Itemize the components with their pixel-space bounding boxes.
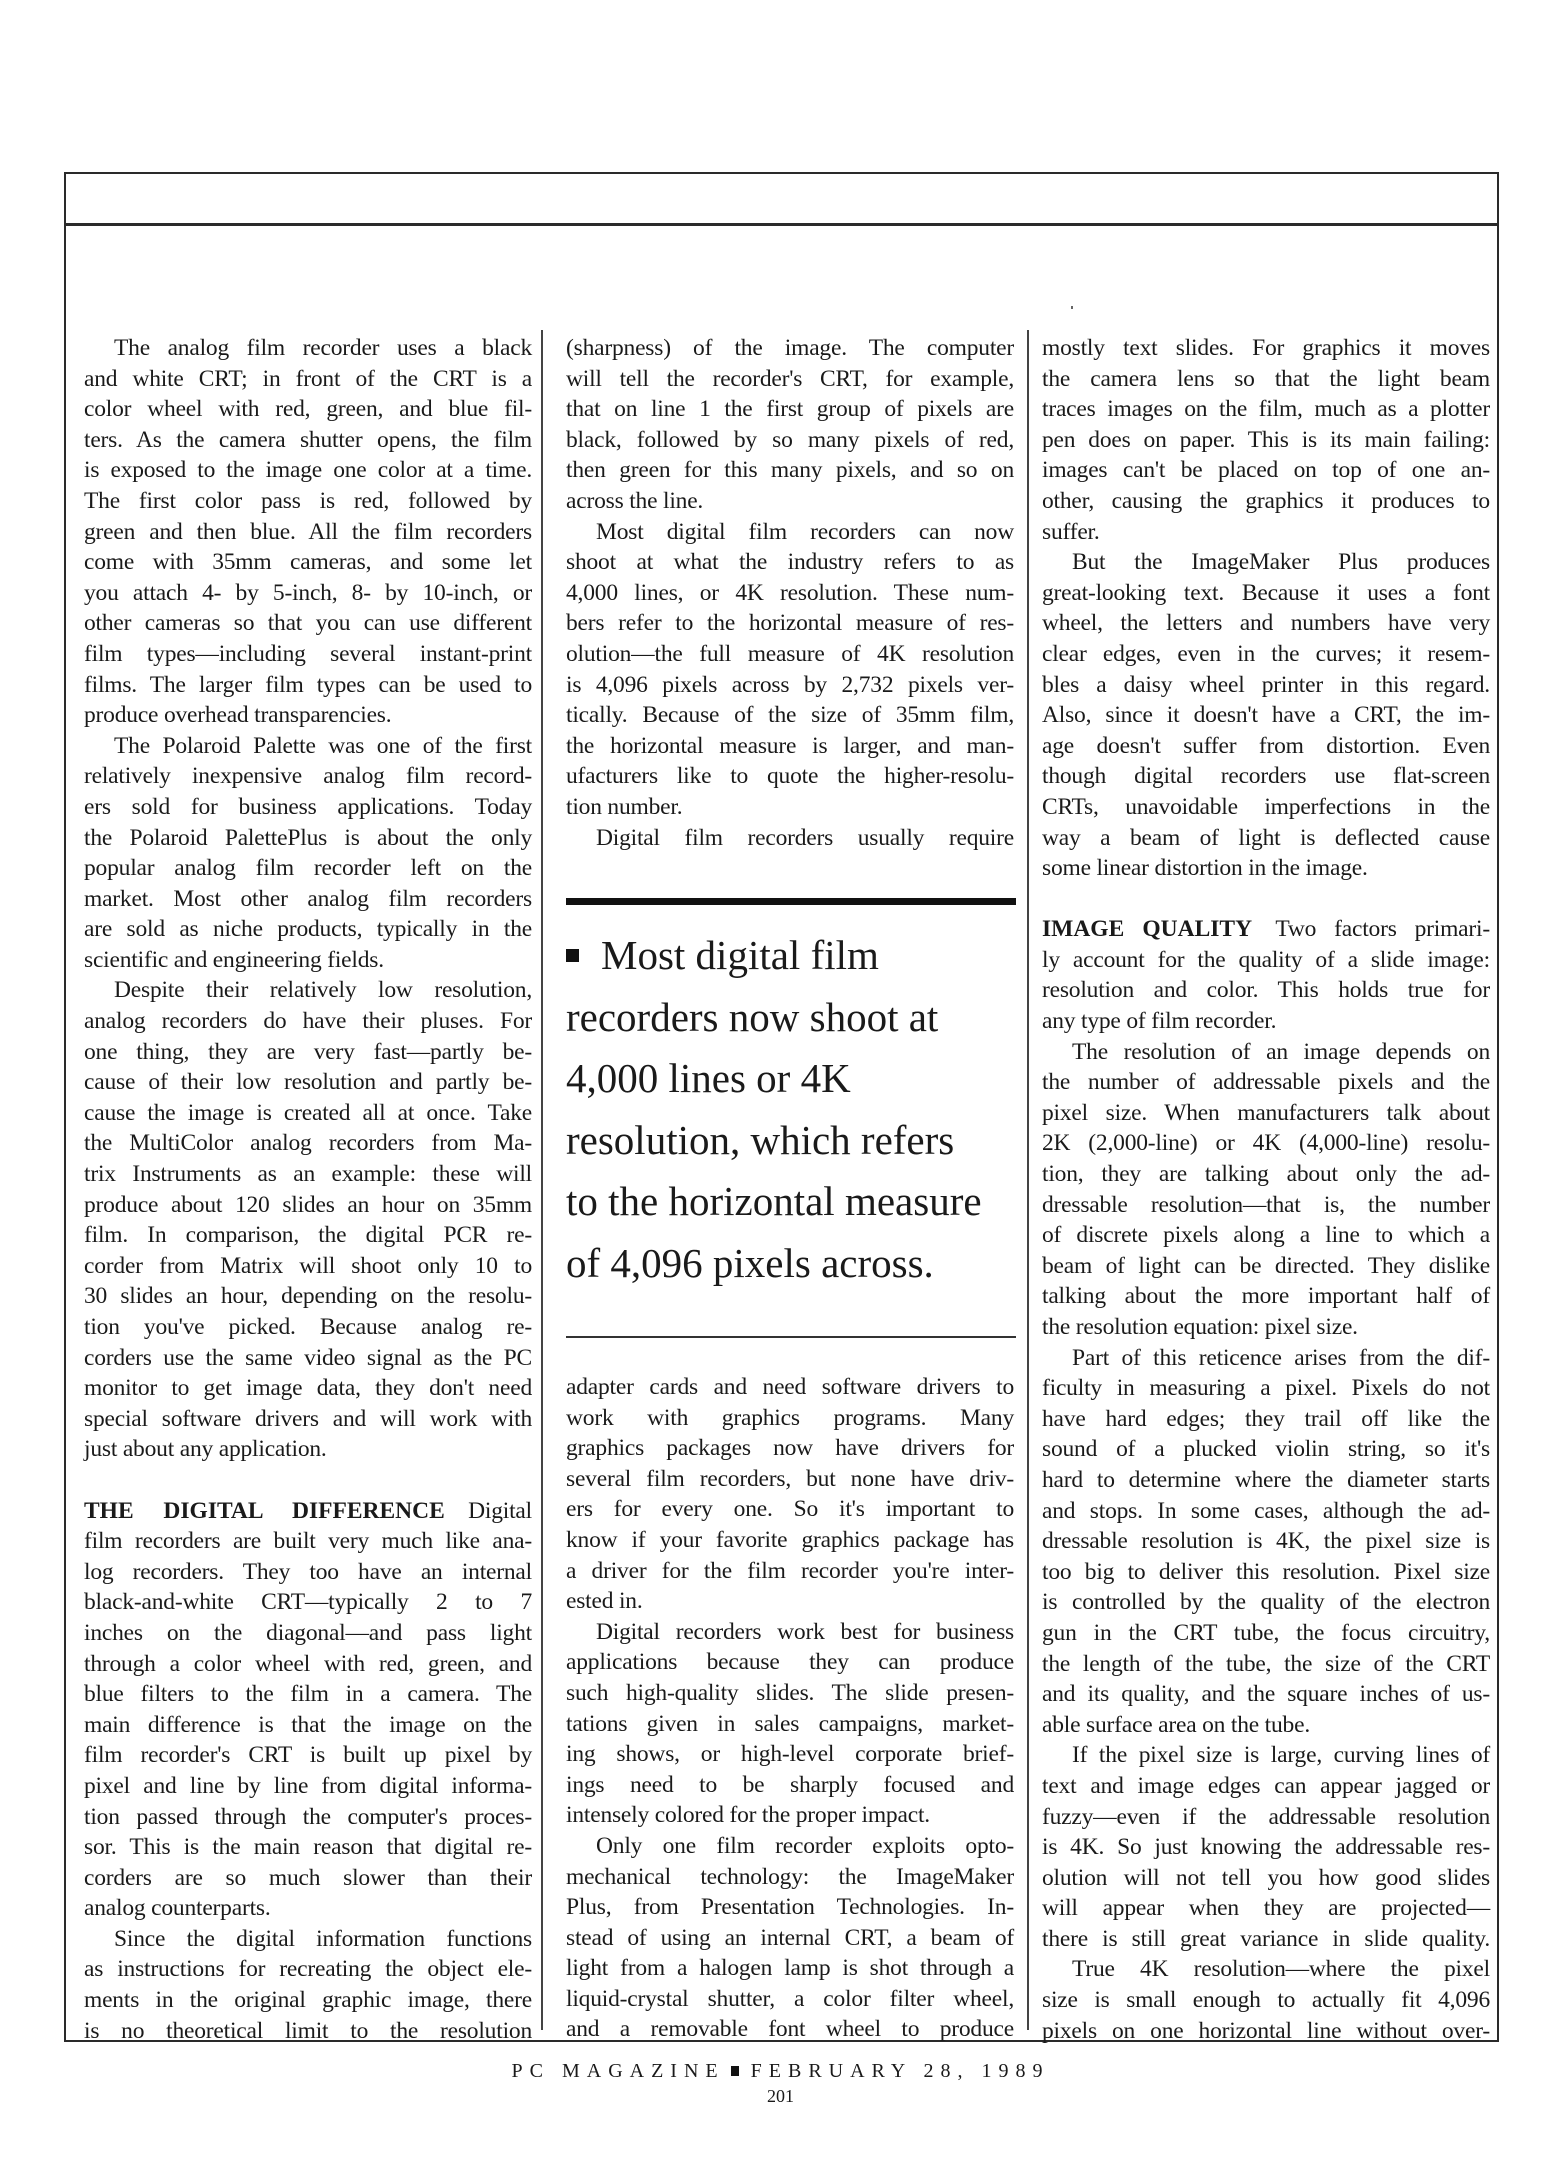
text-line: ufacturers like to quote the higher-reso… (566, 761, 1014, 792)
text-line: ficulty in measuring a pixel. Pixels do … (1042, 1373, 1490, 1404)
text-line: adapter cards and need software drivers … (566, 1372, 1014, 1403)
text-line: have hard edges; they trail off like the (1042, 1404, 1490, 1435)
text-line: is 4K. So just knowing the addressable r… (1042, 1832, 1490, 1863)
text-line: black-and-white CRT—typically 2 to 7 (84, 1587, 532, 1618)
text-line: know if your favorite graphics package h… (566, 1525, 1014, 1556)
text-line: of discrete pixels along a line to which… (1042, 1220, 1490, 1251)
text-line: black, followed by so many pixels of red… (566, 425, 1014, 456)
text-line: cause the image is created all at once. … (84, 1098, 532, 1129)
text-line: way a beam of light is deflected cause (1042, 823, 1490, 854)
text-line: (sharpness) of the image. The computer (566, 333, 1014, 364)
text-line: will appear when they are projected— (1042, 1893, 1490, 1924)
text-line: will tell the recorder's CRT, for exampl… (566, 364, 1014, 395)
text-line: light from a halogen lamp is shot throug… (566, 1953, 1014, 1984)
text-line: corders are so much slower than their (84, 1863, 532, 1894)
text-line: corders use the same video signal as the… (84, 1343, 532, 1374)
text-line: scientific and engineering fields. (84, 945, 532, 976)
text-line: intensely colored for the proper impact. (566, 1800, 1014, 1831)
text-line: resolution and color. This holds true fo… (1042, 975, 1490, 1006)
text-line: you attach 4- by 5-inch, 8- by 10-inch, … (84, 578, 532, 609)
section-heading: THE DIGITAL DIFFERENCE (84, 1498, 445, 1524)
text-line: too big to deliver this resolution. Pixe… (1042, 1557, 1490, 1588)
text-line: the number of addressable pixels and the (1042, 1067, 1490, 1098)
text-line: tion number. (566, 792, 1014, 823)
section-heading-line: IMAGE QUALITY Two factors primari- (1042, 914, 1490, 945)
text-line: The first color pass is red, followed by (84, 486, 532, 517)
text-line: analog counterparts. (84, 1893, 532, 1924)
text-line: produce overhead transparencies. (84, 700, 532, 731)
text-line: suffer. (1042, 517, 1490, 548)
text-line: cause of their low resolution and partly… (84, 1067, 532, 1098)
text-line: gun in the CRT tube, the focus circuitry… (1042, 1618, 1490, 1649)
text-line: and a removable font wheel to produce (566, 2014, 1014, 2045)
text-line: a driver for the film recorder you're in… (566, 1556, 1014, 1587)
text-line: special software drivers and will work w… (84, 1404, 532, 1435)
pull-quote-rule-bottom (566, 1336, 1016, 1338)
article-column-3: mostly text slides. For graphics it move… (1042, 333, 1490, 2046)
text-line: popular analog film recorder left on the (84, 853, 532, 884)
text-line: ers sold for business applications. Toda… (84, 792, 532, 823)
print-speck (1071, 306, 1073, 309)
text-line: stead of using an internal CRT, a beam o… (566, 1923, 1014, 1954)
text-line: images can't be placed on top of one an- (1042, 455, 1490, 486)
pull-quote: Most digital filmrecorders now shoot at4… (566, 925, 1016, 1294)
text-line: pixel and line by line from digital info… (84, 1771, 532, 1802)
text-line: Plus, from Presentation Technologies. In… (566, 1892, 1014, 1923)
text-run: Digital (468, 1498, 532, 1524)
text-line: the resolution equation: pixel size. (1042, 1312, 1490, 1343)
pull-quote-text: Most digital film (601, 932, 879, 978)
text-line: hard to determine where the diameter sta… (1042, 1465, 1490, 1496)
text-line: ters. As the camera shutter opens, the f… (84, 425, 532, 456)
text-line: Since the digital information functions (84, 1924, 532, 1955)
text-line: the Polaroid PalettePlus is about the on… (84, 823, 532, 854)
text-line: other cameras so that you can use differ… (84, 608, 532, 639)
text-line: and stops. In some cases, although the a… (1042, 1496, 1490, 1527)
text-line: dressable resolution is 4K, the pixel si… (1042, 1526, 1490, 1557)
text-line: mostly text slides. For graphics it move… (1042, 333, 1490, 364)
text-line: is no theoretical limit to the resolutio… (84, 2016, 532, 2047)
text-line: shoot at what the industry refers to as (566, 547, 1014, 578)
text-line: bles a daisy wheel printer in this regar… (1042, 670, 1490, 701)
article-column-2-bottom: adapter cards and need software drivers … (566, 1372, 1014, 2045)
text-line: wheel, the letters and numbers have very (1042, 608, 1490, 639)
text-line: color wheel with red, green, and blue fi… (84, 394, 532, 425)
text-line: is 4,096 pixels across by 2,732 pixels v… (566, 670, 1014, 701)
section-heading: IMAGE QUALITY (1042, 916, 1252, 942)
text-line: other, causing the graphics it produces … (1042, 486, 1490, 517)
text-run: Two factors primari- (1275, 916, 1490, 942)
text-line: come with 35mm cameras, and some let (84, 547, 532, 578)
text-line: tion, they are talking about only the ad… (1042, 1159, 1490, 1190)
text-line: True 4K resolution—where the pixel (1042, 1954, 1490, 1985)
text-line: main difference is that the image on the (84, 1710, 532, 1741)
pull-quote-text: recorders now shoot at (566, 994, 938, 1040)
text-line: bers refer to the horizontal measure of … (566, 608, 1014, 639)
text-line: market. Most other analog film recorders (84, 884, 532, 915)
pull-quote-text: to the horizontal measure (566, 1178, 982, 1224)
text-line: produce about 120 slides an hour on 35mm (84, 1190, 532, 1221)
text-line: some linear distortion in the image. (1042, 853, 1490, 884)
text-line: inches on the diagonal—and pass light (84, 1618, 532, 1649)
text-line (1042, 884, 1490, 915)
text-line: that on line 1 the first group of pixels… (566, 394, 1014, 425)
text-line: sound of a plucked violin string, so it'… (1042, 1434, 1490, 1465)
text-line: Digital film recorders usually require (566, 823, 1014, 854)
text-line: and white CRT; in front of the CRT is a (84, 364, 532, 395)
text-line: The analog film recorder uses a black (84, 333, 532, 364)
text-line: such high-quality slides. The slide pres… (566, 1678, 1014, 1709)
pull-quote-line: Most digital film (566, 925, 1016, 987)
text-line: green and then blue. All the film record… (84, 517, 532, 548)
pull-quote-line: of 4,096 pixels across. (566, 1233, 1016, 1295)
text-line: though digital recorders use flat-screen (1042, 761, 1490, 792)
pull-quote-rule-top (566, 898, 1016, 905)
text-line: tion passed through the computer's proce… (84, 1802, 532, 1833)
text-line: ments in the original graphic image, the… (84, 1985, 532, 2016)
text-line: pixels on one horizontal line without ov… (1042, 2016, 1490, 2047)
text-line: Only one film recorder exploits opto- (566, 1831, 1014, 1862)
text-line: any type of film recorder. (1042, 1006, 1490, 1037)
text-line: graphics packages now have drivers for (566, 1433, 1014, 1464)
text-line: ested in. (566, 1586, 1014, 1617)
text-line: fuzzy—even if the addressable resolution (1042, 1802, 1490, 1833)
pull-quote-text: 4,000 lines or 4K (566, 1055, 851, 1101)
text-line: ers for every one. So it's important to (566, 1494, 1014, 1525)
pull-quote-line: 4,000 lines or 4K (566, 1048, 1016, 1110)
text-line: ing shows, or high-level corporate brief… (566, 1739, 1014, 1770)
pull-quote-line: recorders now shoot at (566, 987, 1016, 1049)
text-line: film types—including several instant-pri… (84, 639, 532, 670)
text-line: size is small enough to actually fit 4,0… (1042, 1985, 1490, 2016)
text-line: film recorders are built very much like … (84, 1526, 532, 1557)
text-line: the length of the tube, the size of the … (1042, 1649, 1490, 1680)
issue-date: FEBRUARY 28, 1989 (751, 2060, 1050, 2082)
text-line: log recorders. They too have an internal (84, 1557, 532, 1588)
text-line: clear edges, even in the curves; it rese… (1042, 639, 1490, 670)
text-line: pixel size. When manufacturers talk abou… (1042, 1098, 1490, 1129)
text-line: corder from Matrix will shoot only 10 to (84, 1251, 532, 1282)
text-line: are sold as niche products, typically in… (84, 914, 532, 945)
text-line: Digital recorders work best for business (566, 1617, 1014, 1648)
text-line: film. In comparison, the digital PCR re- (84, 1220, 532, 1251)
text-line: the camera lens so that the light beam (1042, 364, 1490, 395)
text-line: dressable resolution—that is, the number (1042, 1190, 1490, 1221)
text-line: Most digital film recorders can now (566, 517, 1014, 548)
text-line: olution will not tell you how good slide… (1042, 1863, 1490, 1894)
text-line: Part of this reticence arises from the d… (1042, 1343, 1490, 1374)
text-line: CRTs, unavoidable imperfections in the (1042, 792, 1490, 823)
text-line: ly account for the quality of a slide im… (1042, 945, 1490, 976)
text-line: applications because they can produce (566, 1647, 1014, 1678)
section-heading-line: THE DIGITAL DIFFERENCE Digital (84, 1496, 532, 1527)
text-line: film recorder's CRT is built up pixel by (84, 1740, 532, 1771)
pull-quote-text: resolution, which refers (566, 1117, 954, 1163)
column-divider-2 (1027, 330, 1029, 2030)
text-line: age doesn't suffer from distortion. Even (1042, 731, 1490, 762)
text-line: Despite their relatively low resolution, (84, 975, 532, 1006)
text-line: tations given in sales campaigns, market… (566, 1709, 1014, 1740)
running-footer: PC MAGAZINEFEBRUARY 28, 1989 (0, 2060, 1561, 2083)
text-line: tically. Because of the size of 35mm fil… (566, 700, 1014, 731)
text-line: 2K (2,000-line) or 4K (4,000-line) resol… (1042, 1128, 1490, 1159)
text-line: the horizontal measure is larger, and ma… (566, 731, 1014, 762)
text-line: relatively inexpensive analog film recor… (84, 761, 532, 792)
header-rule (64, 223, 1499, 226)
text-line: blue filters to the film in a camera. Th… (84, 1679, 532, 1710)
text-line: 30 slides an hour, depending on the reso… (84, 1281, 532, 1312)
article-column-2-top: (sharpness) of the image. The computerwi… (566, 333, 1014, 853)
text-line: great-looking text. Because it uses a fo… (1042, 578, 1490, 609)
publication-name: PC MAGAZINE (512, 2060, 725, 2082)
text-line: then green for this many pixels, and so … (566, 455, 1014, 486)
text-line: ings need to be sharply focused and (566, 1770, 1014, 1801)
text-line: tion you've picked. Because analog re- (84, 1312, 532, 1343)
text-line: is exposed to the image one color at a t… (84, 455, 532, 486)
text-line: If the pixel size is large, curving line… (1042, 1740, 1490, 1771)
text-line: sor. This is the main reason that digita… (84, 1832, 532, 1863)
text-line: as instructions for recreating the objec… (84, 1954, 532, 1985)
text-line: films. The larger film types can be used… (84, 670, 532, 701)
text-line: beam of light can be directed. They disl… (1042, 1251, 1490, 1282)
text-line: across the line. (566, 486, 1014, 517)
text-line: talking about the more important half of (1042, 1281, 1490, 1312)
pull-quote-line: to the horizontal measure (566, 1171, 1016, 1233)
page-number: 201 (0, 2086, 1561, 2107)
text-line: liquid-crystal shutter, a color filter w… (566, 1984, 1014, 2015)
column-divider-1 (541, 330, 543, 2030)
text-line: trix Instruments as an example: these wi… (84, 1159, 532, 1190)
text-line: The resolution of an image depends on (1042, 1037, 1490, 1068)
text-line: just about any application. (84, 1434, 532, 1465)
text-line: analog recorders do have their pluses. F… (84, 1006, 532, 1037)
text-line: text and image edges can appear jagged o… (1042, 1771, 1490, 1802)
square-bullet-icon (566, 949, 579, 962)
text-line (84, 1465, 532, 1496)
text-line: several film recorders, but none have dr… (566, 1464, 1014, 1495)
text-line: olution—the full measure of 4K resolutio… (566, 639, 1014, 670)
text-line: able surface area on the tube. (1042, 1710, 1490, 1741)
text-line: and its quality, and the square inches o… (1042, 1679, 1490, 1710)
text-line: The Polaroid Palette was one of the firs… (84, 731, 532, 762)
text-line: one thing, they are very fast—partly be- (84, 1037, 532, 1068)
text-line: is controlled by the quality of the elec… (1042, 1587, 1490, 1618)
text-line: through a color wheel with red, green, a… (84, 1649, 532, 1680)
pull-quote-line: resolution, which refers (566, 1110, 1016, 1172)
text-line: pen does on paper. This is its main fail… (1042, 425, 1490, 456)
text-line: 4,000 lines, or 4K resolution. These num… (566, 578, 1014, 609)
text-line: work with graphics programs. Many (566, 1403, 1014, 1434)
article-column-1: The analog film recorder uses a blackand… (84, 333, 532, 2046)
text-line: mechanical technology: the ImageMaker (566, 1862, 1014, 1893)
text-line: the MultiColor analog recorders from Ma- (84, 1128, 532, 1159)
text-line: monitor to get image data, they don't ne… (84, 1373, 532, 1404)
text-line: Also, since it doesn't have a CRT, the i… (1042, 700, 1490, 731)
text-line: there is still great variance in slide q… (1042, 1924, 1490, 1955)
text-line: traces images on the film, much as a plo… (1042, 394, 1490, 425)
pull-quote-text: of 4,096 pixels across. (566, 1240, 934, 1286)
text-line: But the ImageMaker Plus produces (1042, 547, 1490, 578)
footer-bullet-icon (731, 2066, 739, 2076)
